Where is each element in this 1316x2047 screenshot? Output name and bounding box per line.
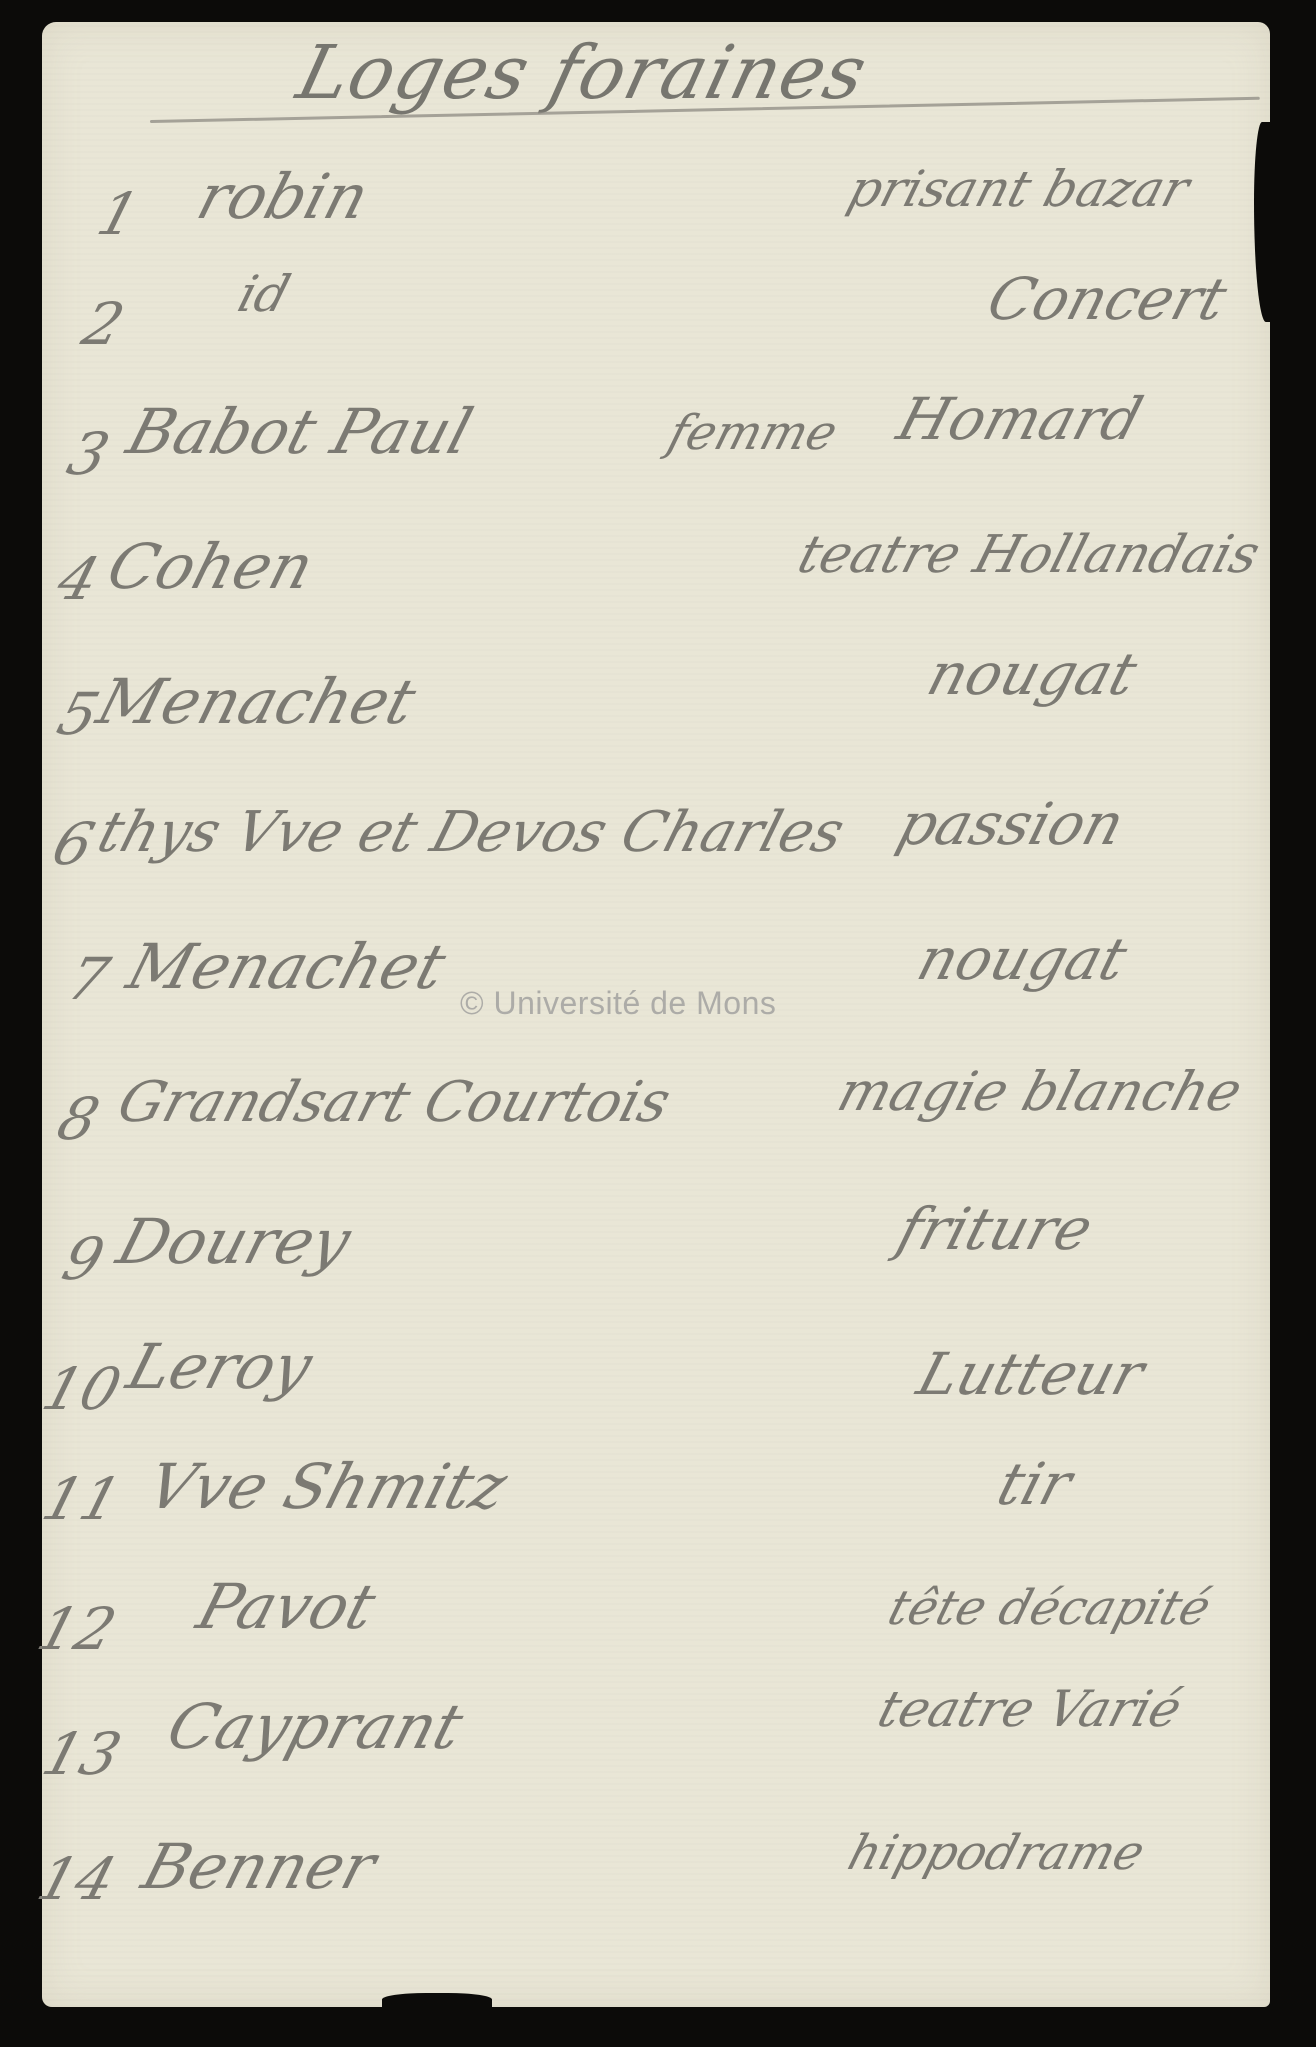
entry-booth: friture xyxy=(890,1195,1100,1263)
entry-booth: Lutteur xyxy=(910,1340,1151,1408)
entry-name: Vve Shmitz xyxy=(140,1450,516,1523)
entry-name: Cohen xyxy=(100,530,322,603)
torn-edge-bottom xyxy=(382,1993,492,2009)
page-title: Loges foraines xyxy=(289,30,875,116)
entry-name: Pavot xyxy=(190,1570,384,1643)
entry-name: thys Vve et Devos Charles xyxy=(91,800,852,865)
entry-booth: teatre Hollandais xyxy=(791,525,1266,585)
entry-name: Menachet xyxy=(90,665,424,738)
entry-booth: nougat xyxy=(920,640,1144,708)
entry-booth: magie blanche xyxy=(831,1060,1249,1123)
entry-booth: teatre Varié xyxy=(872,1680,1188,1738)
entry-booth: hippodrame xyxy=(842,1825,1151,1881)
entry-name: Grandsart Courtois xyxy=(111,1070,678,1135)
entry-name: Babot Paul xyxy=(120,395,481,468)
entry-name-note: femme xyxy=(662,405,844,461)
entry-booth: passion xyxy=(890,790,1132,858)
copyright-watermark: © Université de Mons xyxy=(460,985,776,1022)
entry-booth: Homard xyxy=(890,385,1149,453)
entry-name: Dourey xyxy=(110,1205,359,1278)
entry-booth: Concert xyxy=(980,265,1234,333)
entry-booth: nougat xyxy=(910,925,1134,993)
entry-name: Cayprant xyxy=(160,1690,472,1763)
torn-edge xyxy=(1254,122,1274,322)
entry-booth: prisant bazar xyxy=(842,160,1196,218)
entry-name: robin xyxy=(190,160,377,233)
entry-name: Benner xyxy=(135,1830,384,1903)
entry-name: Leroy xyxy=(120,1330,321,1403)
entry-name: Menachet xyxy=(120,930,454,1003)
entry-booth: tête décapité xyxy=(882,1580,1217,1636)
